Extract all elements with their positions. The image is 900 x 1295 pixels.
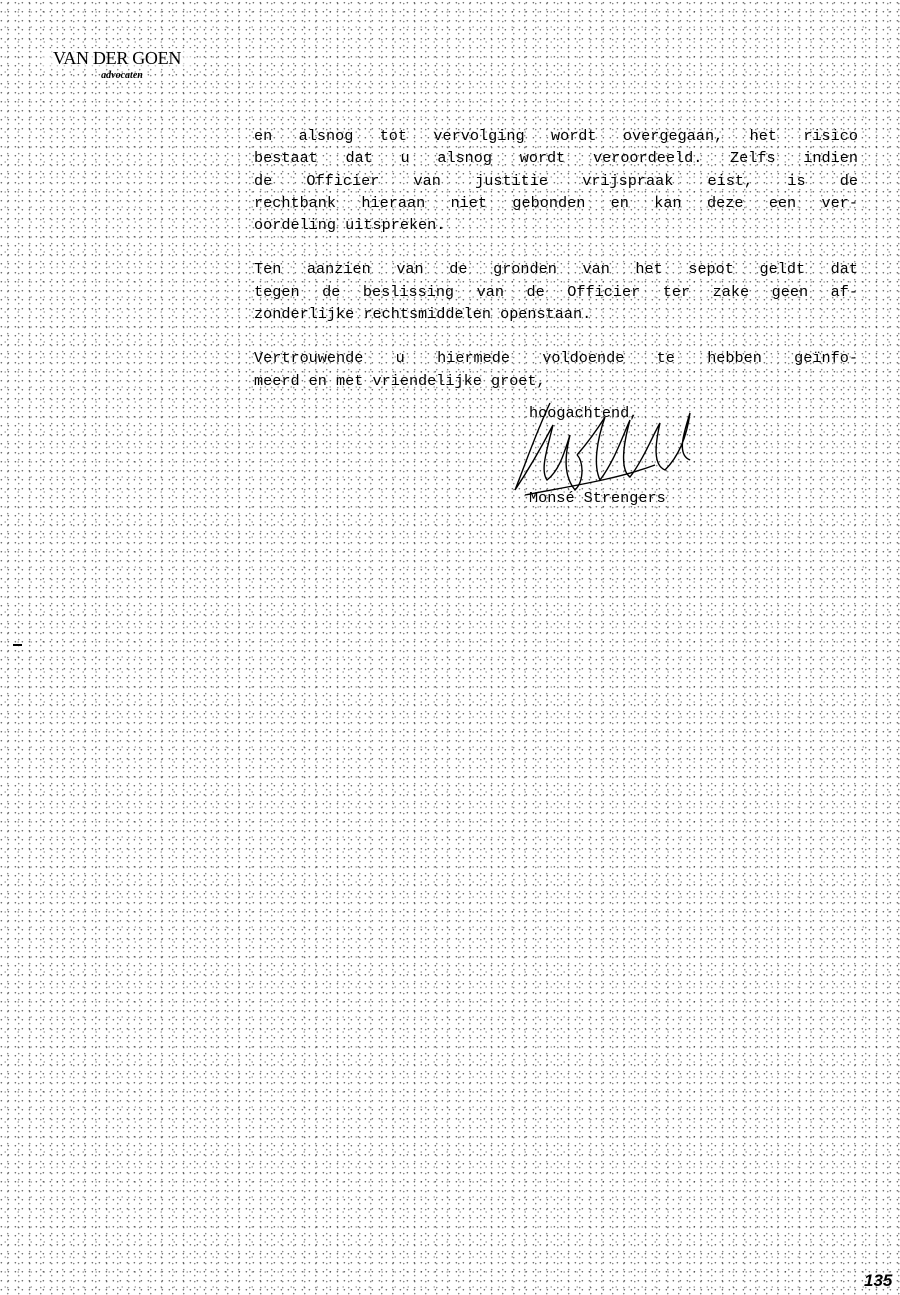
letter-body: en alsnog tot vervolging wordt overgegaa… [254, 125, 858, 414]
text-line: en alsnog tot vervolging wordt overgegaa… [254, 125, 858, 147]
text-line: oordeling uitspreken. [254, 214, 858, 236]
text-line: bestaat dat u alsnog wordt veroordeeld. … [254, 147, 858, 169]
paragraph-legal-remedies: Ten aanzien van de gronden van het sepot… [254, 258, 858, 325]
text-line: meerd en met vriendelijke groet, [254, 370, 858, 392]
margin-mark [13, 644, 22, 646]
text-line: rechtbank hieraan niet gebonden en kan d… [254, 192, 858, 214]
page-number: 135 [864, 1271, 892, 1291]
firm-name: VAN DER GOEN [42, 48, 192, 68]
paragraph-prosecution-risk: en alsnog tot vervolging wordt overgegaa… [254, 125, 858, 236]
letterhead: VAN DER GOEN advocaten [42, 48, 192, 81]
text-line: Vertrouwende u hiermede voldoende te heb… [254, 347, 858, 369]
paragraph-closing-remarks: Vertrouwende u hiermede voldoende te heb… [254, 347, 858, 392]
text-line: de Officier van justitie vrijspraak eist… [254, 170, 858, 192]
text-line: Ten aanzien van de gronden van het sepot… [254, 258, 858, 280]
signer-name: Monsé Strengers [529, 489, 666, 507]
firm-subtitle: advocaten [42, 70, 192, 81]
text-line: tegen de beslissing van de Officier ter … [254, 281, 858, 303]
text-line: zonderlijke rechtsmiddelen openstaan. [254, 303, 858, 325]
